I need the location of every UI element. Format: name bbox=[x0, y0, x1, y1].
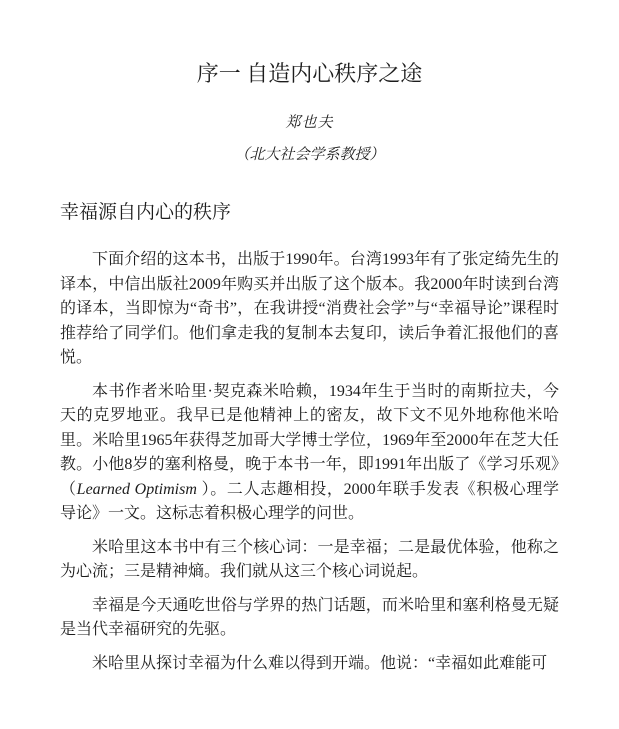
document-page: 序一 自造内心秩序之途 郑也夫 （北大社会学系教授） 幸福源自内心的秩序 下面介… bbox=[0, 0, 619, 729]
author-name: 郑也夫 bbox=[60, 115, 559, 132]
paragraph-2: 本书作者米哈里·契克森米哈赖，1934年生于当时的南斯拉夫，今天的克罗地亚。我早… bbox=[60, 380, 559, 527]
english-book-title: Learned Optimism bbox=[77, 481, 197, 498]
section-heading: 幸福源自内心的秩序 bbox=[60, 201, 559, 224]
page-title: 序一 自造内心秩序之途 bbox=[60, 52, 559, 88]
paragraph-1: 下面介绍的这本书，出版于1990年。台湾1993年有了张定绮先生的译本，中信出版… bbox=[60, 248, 559, 371]
paragraph-4: 幸福是今天通吃世俗与学界的热门话题，而米哈里和塞利格曼无疑是当代幸福研究的先驱。 bbox=[60, 594, 559, 643]
author-affiliation: （北大社会学系教授） bbox=[60, 146, 559, 164]
paragraph-5: 米哈里从探讨幸福为什么难以得到开端。他说：“幸福如此难能可 bbox=[60, 652, 559, 677]
paragraph-3: 米哈里这本书中有三个核心词：一是幸福；二是最优体验，他称之为心流；三是精神熵。我… bbox=[60, 536, 559, 585]
